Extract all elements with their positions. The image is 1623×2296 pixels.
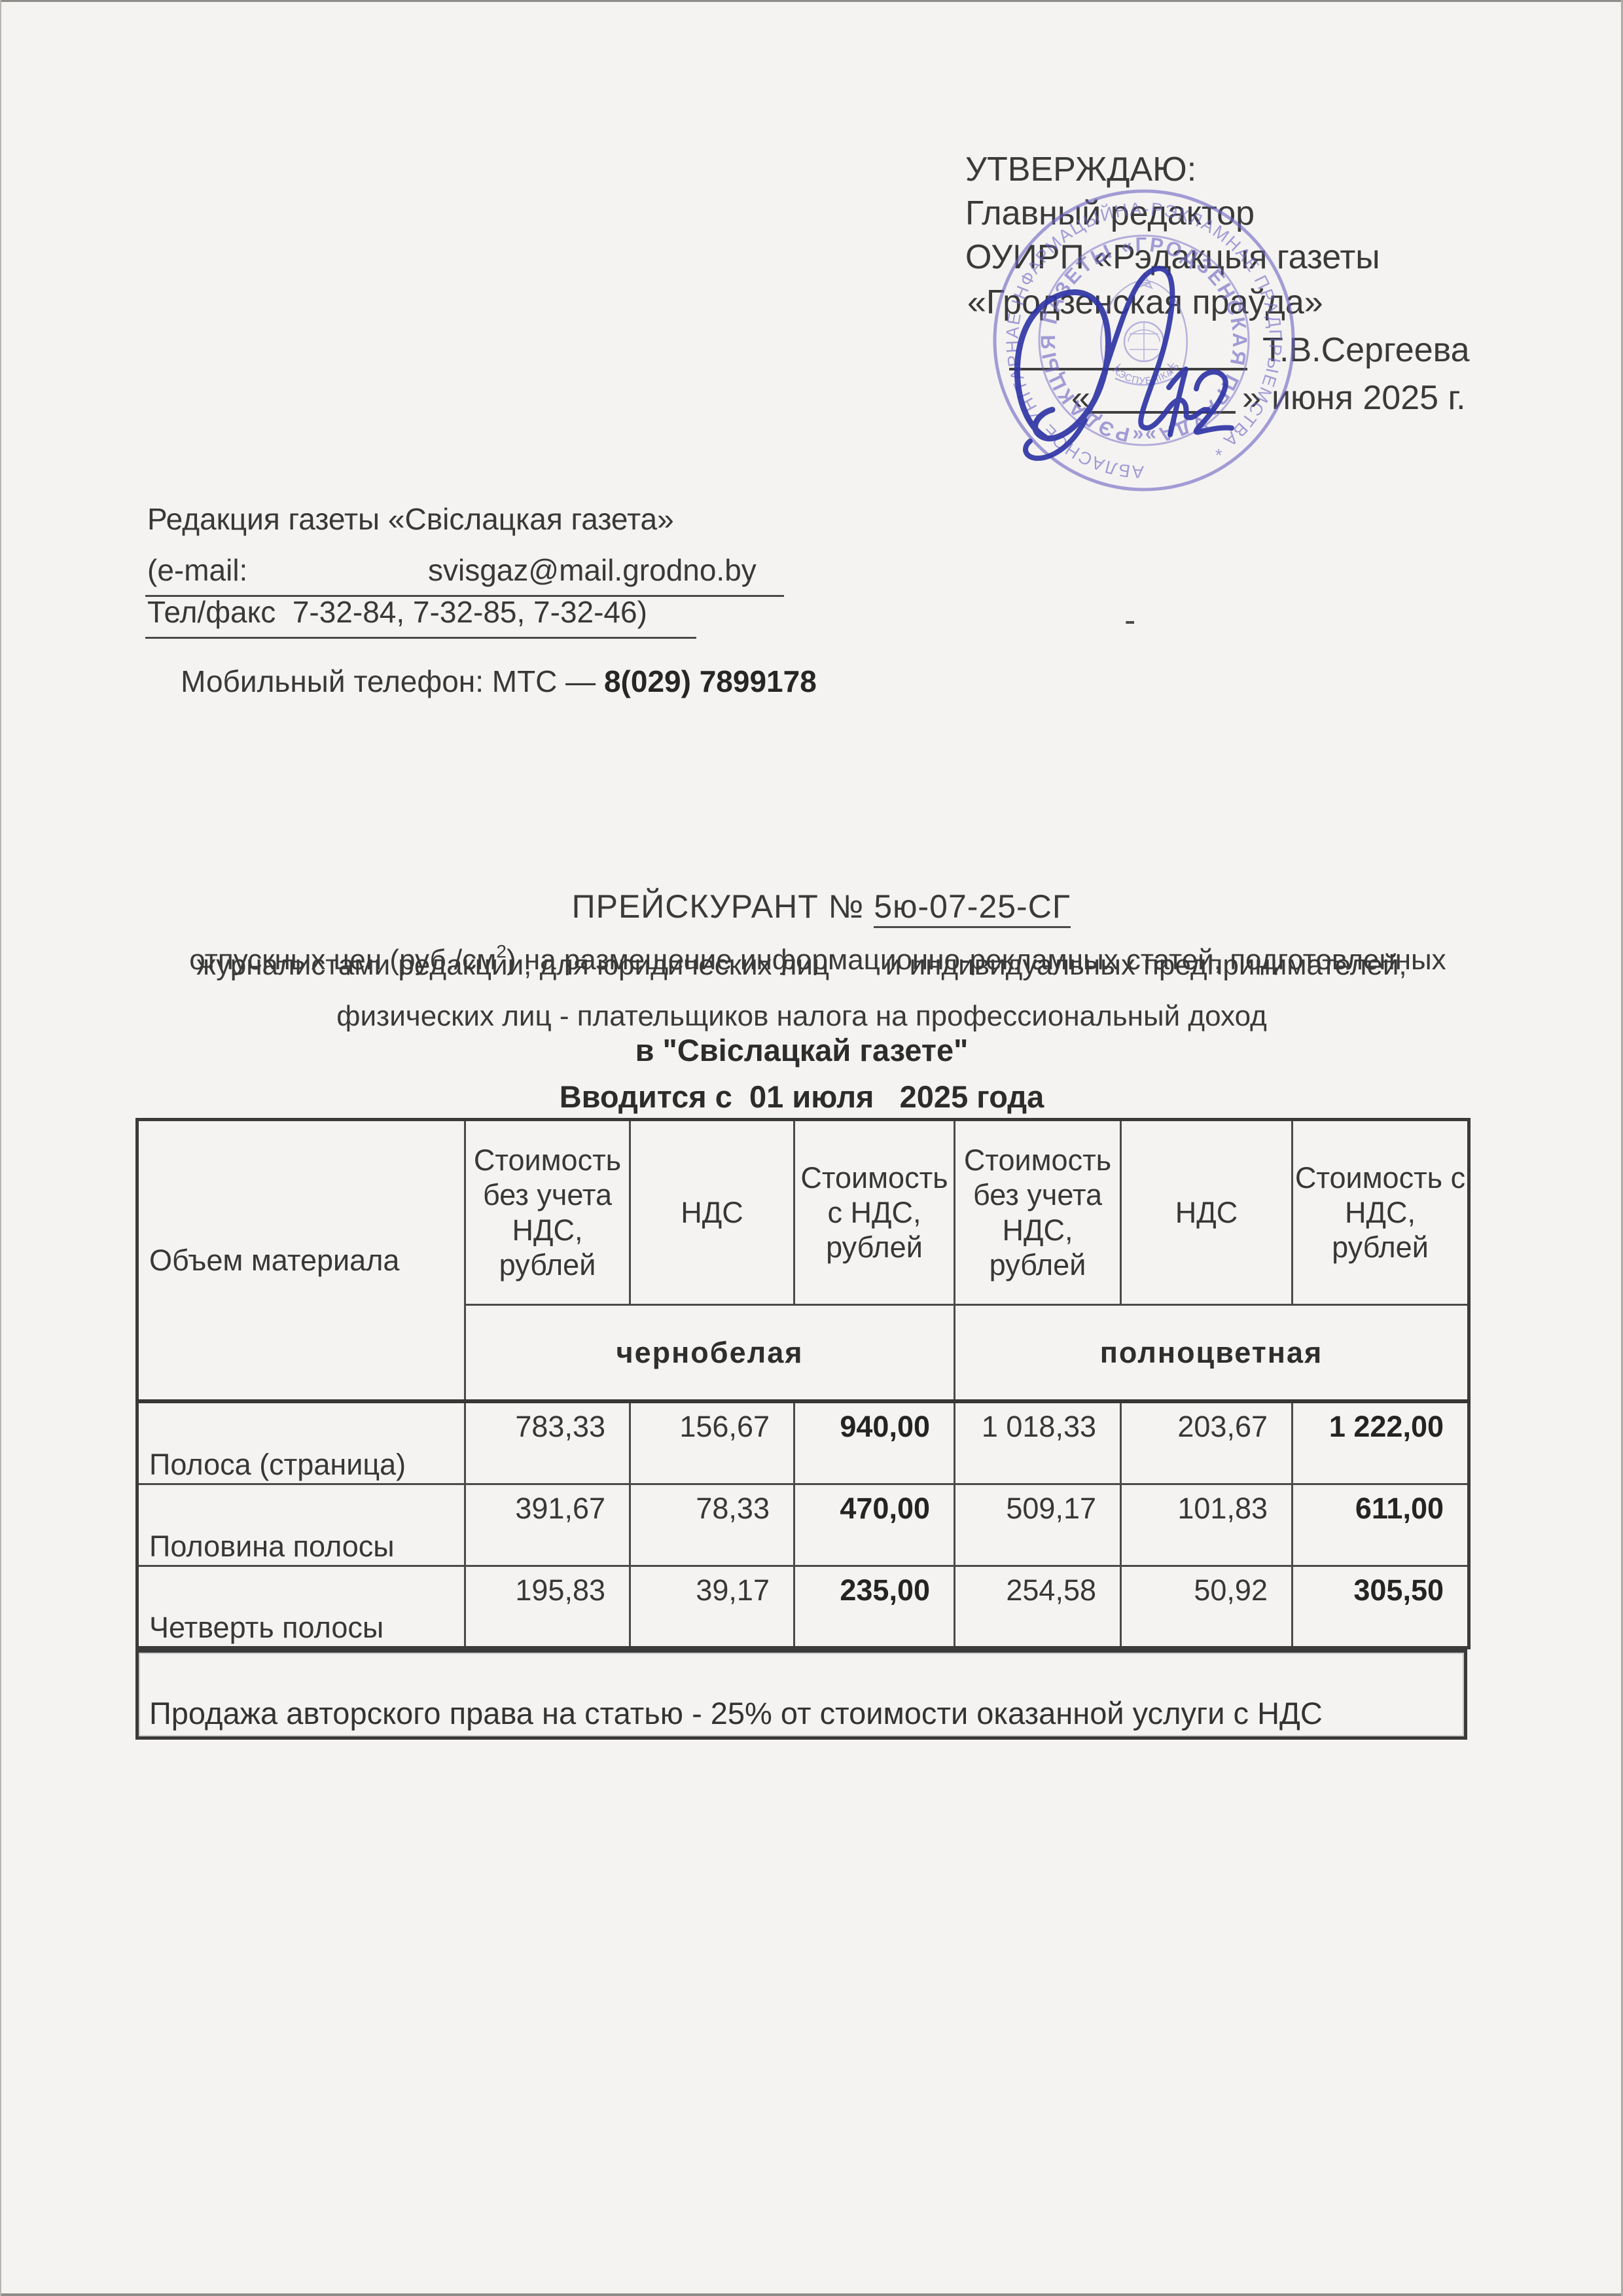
col-header-bw-net: Стоимость без учета НДС, рублей bbox=[465, 1120, 630, 1305]
cell-value: 470,00 bbox=[794, 1484, 955, 1566]
hdr-line: без учета bbox=[467, 1177, 628, 1212]
table-row-half-page: Половина полосы 391,67 78,33 470,00 509,… bbox=[137, 1484, 1469, 1566]
cell-value: 235,00 bbox=[794, 1566, 955, 1647]
cell-value: 156,67 bbox=[630, 1401, 794, 1484]
hdr-line: НДС bbox=[632, 1195, 793, 1230]
col-header-bw-gross: Стоимость с НДС, рублей bbox=[794, 1120, 955, 1305]
signature-stroke-tall bbox=[1094, 268, 1208, 428]
row-label: Половина полосы bbox=[137, 1484, 465, 1566]
copyright-note-box: Продажа авторского права на статью - 25%… bbox=[135, 1649, 1467, 1740]
cell-value: 1 222,00 bbox=[1293, 1401, 1469, 1484]
hdr-line: с НДС, bbox=[796, 1195, 953, 1230]
scan-edge-top bbox=[0, 0, 1623, 2]
title-line-5: Вводится с 01 июля 2025 года bbox=[0, 1079, 1603, 1115]
cell-value: 509,17 bbox=[955, 1484, 1121, 1566]
email-label: (e-mail: bbox=[147, 555, 247, 585]
row-label: Четверть полосы bbox=[137, 1566, 465, 1647]
hdr-line: Стоимость bbox=[956, 1143, 1119, 1177]
email-value: svisgaz@mail.grodno.by bbox=[428, 555, 757, 585]
cell-value: 391,67 bbox=[465, 1484, 630, 1566]
copyright-note-text: Продажа авторского права на статью - 25%… bbox=[149, 1695, 1323, 1731]
cell-value: 78,33 bbox=[630, 1484, 794, 1566]
group-header-color: полноцветная bbox=[955, 1305, 1469, 1402]
title-line-2: журналистами редакции, для юридических л… bbox=[0, 949, 1603, 982]
scan-edge-left bbox=[0, 0, 1, 2296]
cell-value: 50,92 bbox=[1121, 1566, 1293, 1647]
hdr-line: Стоимость bbox=[796, 1160, 953, 1195]
cell-value: 611,00 bbox=[1293, 1484, 1469, 1566]
mobile-line: Мобильный телефон: МТС — 8(029) 7899178 bbox=[147, 636, 817, 726]
title-line-3: физических лиц - плательщиков налога на … bbox=[0, 1000, 1603, 1033]
cell-value: 195,83 bbox=[465, 1566, 630, 1647]
cell-value: 254,58 bbox=[955, 1566, 1121, 1647]
contact-title: Редакция газеты «Свіслацкая газета» bbox=[147, 504, 674, 534]
title-line-4: в "Свіслацкай газете" bbox=[0, 1032, 1603, 1068]
col-header-bw-vat: НДС bbox=[630, 1120, 794, 1305]
phone-line: Тел/факс 7-32-84, 7-32-85, 7-32-46) bbox=[147, 597, 647, 627]
handwritten-day-2 bbox=[1196, 372, 1232, 432]
scan-edge-bottom bbox=[0, 2293, 1623, 2296]
pricing-table: Объем материала Стоимость без учета НДС,… bbox=[135, 1118, 1471, 1649]
hdr-line: Стоимость с bbox=[1294, 1160, 1467, 1195]
col-header-color-net: Стоимость без учета НДС, рублей bbox=[955, 1120, 1121, 1305]
hdr-line: НДС, bbox=[467, 1213, 628, 1247]
row-label: Полоса (страница) bbox=[137, 1401, 465, 1484]
signature-stroke-main bbox=[1017, 293, 1108, 439]
cell-value: 39,17 bbox=[630, 1566, 794, 1647]
cell-value: 783,33 bbox=[465, 1401, 630, 1484]
mobile-prefix: Мобильный телефон: МТС — bbox=[181, 664, 604, 698]
col-header-color-vat: НДС bbox=[1121, 1120, 1293, 1305]
hdr-line: рублей bbox=[796, 1230, 953, 1265]
cell-value: 101,83 bbox=[1121, 1484, 1293, 1566]
hdr-line: Стоимость bbox=[467, 1143, 628, 1177]
hdr-line: рублей bbox=[467, 1247, 628, 1282]
cell-value: 1 018,33 bbox=[955, 1401, 1121, 1484]
table-row-quarter-page: Четверть полосы 195,83 39,17 235,00 254,… bbox=[137, 1566, 1469, 1647]
hdr-line: НДС bbox=[1122, 1195, 1291, 1230]
cell-value: 940,00 bbox=[794, 1401, 955, 1484]
cell-value: 305,50 bbox=[1293, 1566, 1469, 1647]
col-header-volume: Объем материала bbox=[137, 1120, 465, 1402]
mobile-number: 8(029) 7899178 bbox=[604, 664, 817, 698]
handwritten-signature bbox=[949, 249, 1276, 484]
hdr-line: без учета bbox=[956, 1177, 1119, 1212]
group-header-bw: чернобелая bbox=[465, 1305, 955, 1402]
stray-dash: - bbox=[1124, 601, 1135, 640]
pricing-table-wrap: Объем материала Стоимость без учета НДС,… bbox=[135, 1118, 1471, 1649]
col-header-color-gross: Стоимость с НДС, рублей bbox=[1293, 1120, 1469, 1305]
scanned-document-page: { "approval": { "line1": "УТВЕРЖДАЮ:", "… bbox=[0, 0, 1623, 2296]
hdr-line: НДС, рублей bbox=[1294, 1195, 1467, 1265]
cell-value: 203,67 bbox=[1121, 1401, 1293, 1484]
table-row-full-page: Полоса (страница) 783,33 156,67 940,00 1… bbox=[137, 1401, 1469, 1484]
hdr-line: НДС, рублей bbox=[956, 1213, 1119, 1282]
